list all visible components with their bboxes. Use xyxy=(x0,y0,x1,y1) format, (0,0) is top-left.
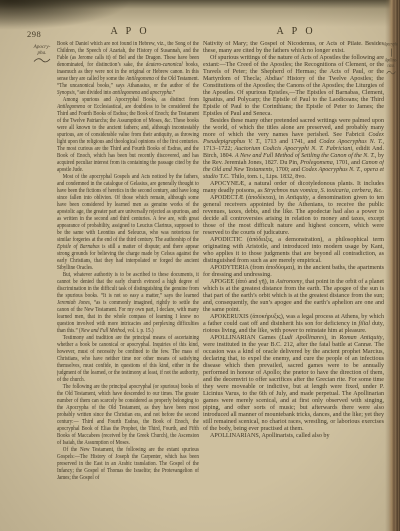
paragraph: Of spurious writings of the nature of Ac… xyxy=(203,55,384,118)
margin-note-left-line2: pha. xyxy=(26,50,58,56)
margin-note-left: Apocry- pha. xyxy=(26,44,58,64)
paragraph: Besides these many other pretended sacre… xyxy=(203,118,384,181)
right-column-text: Nativity of Mary; the Gospel of Nicodemu… xyxy=(203,41,384,440)
margin-note-right-top: Apocrypha xyxy=(383,42,399,48)
paragraph: Book of Daniel which are not found in He… xyxy=(57,41,199,97)
paragraph: APOLLINARIANS, Apollinarists, called als… xyxy=(203,433,384,440)
running-head-right: A P O xyxy=(261,26,331,37)
paragraph: Of the New Testament, the following are … xyxy=(57,447,199,482)
paragraph: APODYTERIA (from ἀποδύομαι), in the anci… xyxy=(203,265,384,279)
paragraph: But, whatever authority is to be ascribe… xyxy=(57,272,199,335)
paragraph: Testimony and tradition are the principa… xyxy=(57,335,199,384)
paragraph: The following are the principal apocryph… xyxy=(57,384,199,447)
margin-range-line xyxy=(391,48,392,56)
paragraph: Nativity of Mary; the Gospel of Nicodemu… xyxy=(203,41,384,55)
running-head-left: A P O xyxy=(95,26,165,37)
margin-note-right-bottom-line2: rians. xyxy=(383,63,399,69)
paragraph: APOLLINARIAN Games (Ludi Apollinares), i… xyxy=(203,335,384,433)
right-column: Nativity of Mary; the Gospel of Nicodemu… xyxy=(203,41,384,509)
book-page: { "colors": { "paper": "#cec09f", "ink":… xyxy=(0,0,400,531)
paragraph: APOGEE (ἀπό and γῆ), in Astronomy, that … xyxy=(203,279,384,314)
left-column-text: Book of Daniel which are not found in He… xyxy=(57,41,199,482)
paragraph: Most of the apocryphal Gospels and Acts … xyxy=(57,174,199,272)
book-edge xyxy=(385,0,400,531)
page-number: 298 xyxy=(27,29,41,39)
paragraph: APODICTIC (ἀπόδειξις, a demonstration), … xyxy=(203,237,384,265)
paragraph: APODECTÆ (ἀποδέκται), in Antiquity, a de… xyxy=(203,195,384,237)
margin-note-right: Apocrypha Apollina- rians. xyxy=(383,42,399,76)
left-column: Book of Daniel which are not found in He… xyxy=(57,41,199,503)
top-page-shadow xyxy=(0,0,400,36)
paragraph: APOCYNEÆ, a natural order of dicotyledon… xyxy=(203,181,384,195)
margin-flourish-icon xyxy=(386,70,396,76)
paragraph: APOKERUXIS (ἀποκήρυξις), was a legal pro… xyxy=(203,314,384,335)
paragraph: Among spurious and Apocryphal Books, as … xyxy=(57,97,199,174)
margin-flourish-icon xyxy=(33,57,51,64)
